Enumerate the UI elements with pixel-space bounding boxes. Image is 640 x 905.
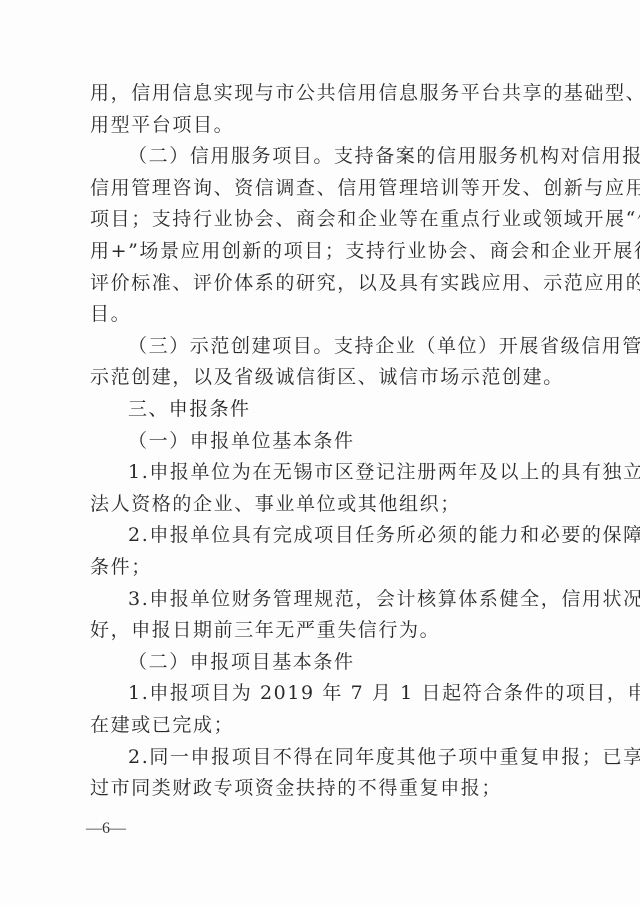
list-item: 2.同一申报项目不得在同年度其他子项中重复申报；已享受 xyxy=(128,742,562,772)
section-heading-application-conditions: 三、申报条件 xyxy=(128,394,562,424)
subsection-heading-project-conditions: （二）申报项目基本条件 xyxy=(128,647,562,677)
text-line: 法人资格的企业、事业单位或其他组织； xyxy=(90,489,562,519)
text-line: 目。 xyxy=(90,299,562,329)
list-item: 3.申报单位财务管理规范，会计核算体系健全，信用状况良 xyxy=(128,584,562,614)
list-item: 2.申报单位具有完成项目任务所必须的能力和必要的保障 xyxy=(128,520,562,550)
text-line: 示范创建，以及省级诚信街区、诚信市场示范创建。 xyxy=(90,362,562,392)
list-item: 1.申报单位为在无锡市区登记注册两年及以上的具有独立 xyxy=(128,457,562,487)
text-line: 评价标准、评价体系的研究，以及具有实践应用、示范应用的项 xyxy=(90,268,562,298)
list-item: 1.申报项目为 2019 年 7 月 1 日起符合条件的项目，申报时 xyxy=(128,678,562,708)
text-line: 在建或已完成； xyxy=(90,710,562,740)
text-line: 用型平台项目。 xyxy=(90,110,562,140)
document-page: 用，信用信息实现与市公共信用信息服务平台共享的基础型、应 用型平台项目。 （二）… xyxy=(0,0,640,905)
text-line: 用，信用信息实现与市公共信用信息服务平台共享的基础型、应 xyxy=(90,78,562,108)
text-line: 项目；支持行业协会、商会和企业等在重点行业或领域开展“信 xyxy=(90,204,562,234)
text-line: 好，申报日期前三年无严重失信行为。 xyxy=(90,615,562,645)
subsection-heading-demonstration: （三）示范创建项目。支持企业（单位）开展省级信用管理 xyxy=(128,331,562,361)
text-line: 用+”场景应用创新的项目；支持行业协会、商会和企业开展行业 xyxy=(90,236,562,266)
text-line: 过市同类财政专项资金扶持的不得重复申报； xyxy=(90,773,562,803)
text-line: 信用管理咨询、资信调查、信用管理培训等开发、创新与应用的 xyxy=(90,173,562,203)
subsection-heading-applicant-conditions: （一）申报单位基本条件 xyxy=(128,426,562,456)
text-line: 条件； xyxy=(90,552,562,582)
page-number: —6— xyxy=(86,820,126,838)
subsection-heading-credit-service: （二）信用服务项目。支持备案的信用服务机构对信用报告、 xyxy=(128,141,562,171)
